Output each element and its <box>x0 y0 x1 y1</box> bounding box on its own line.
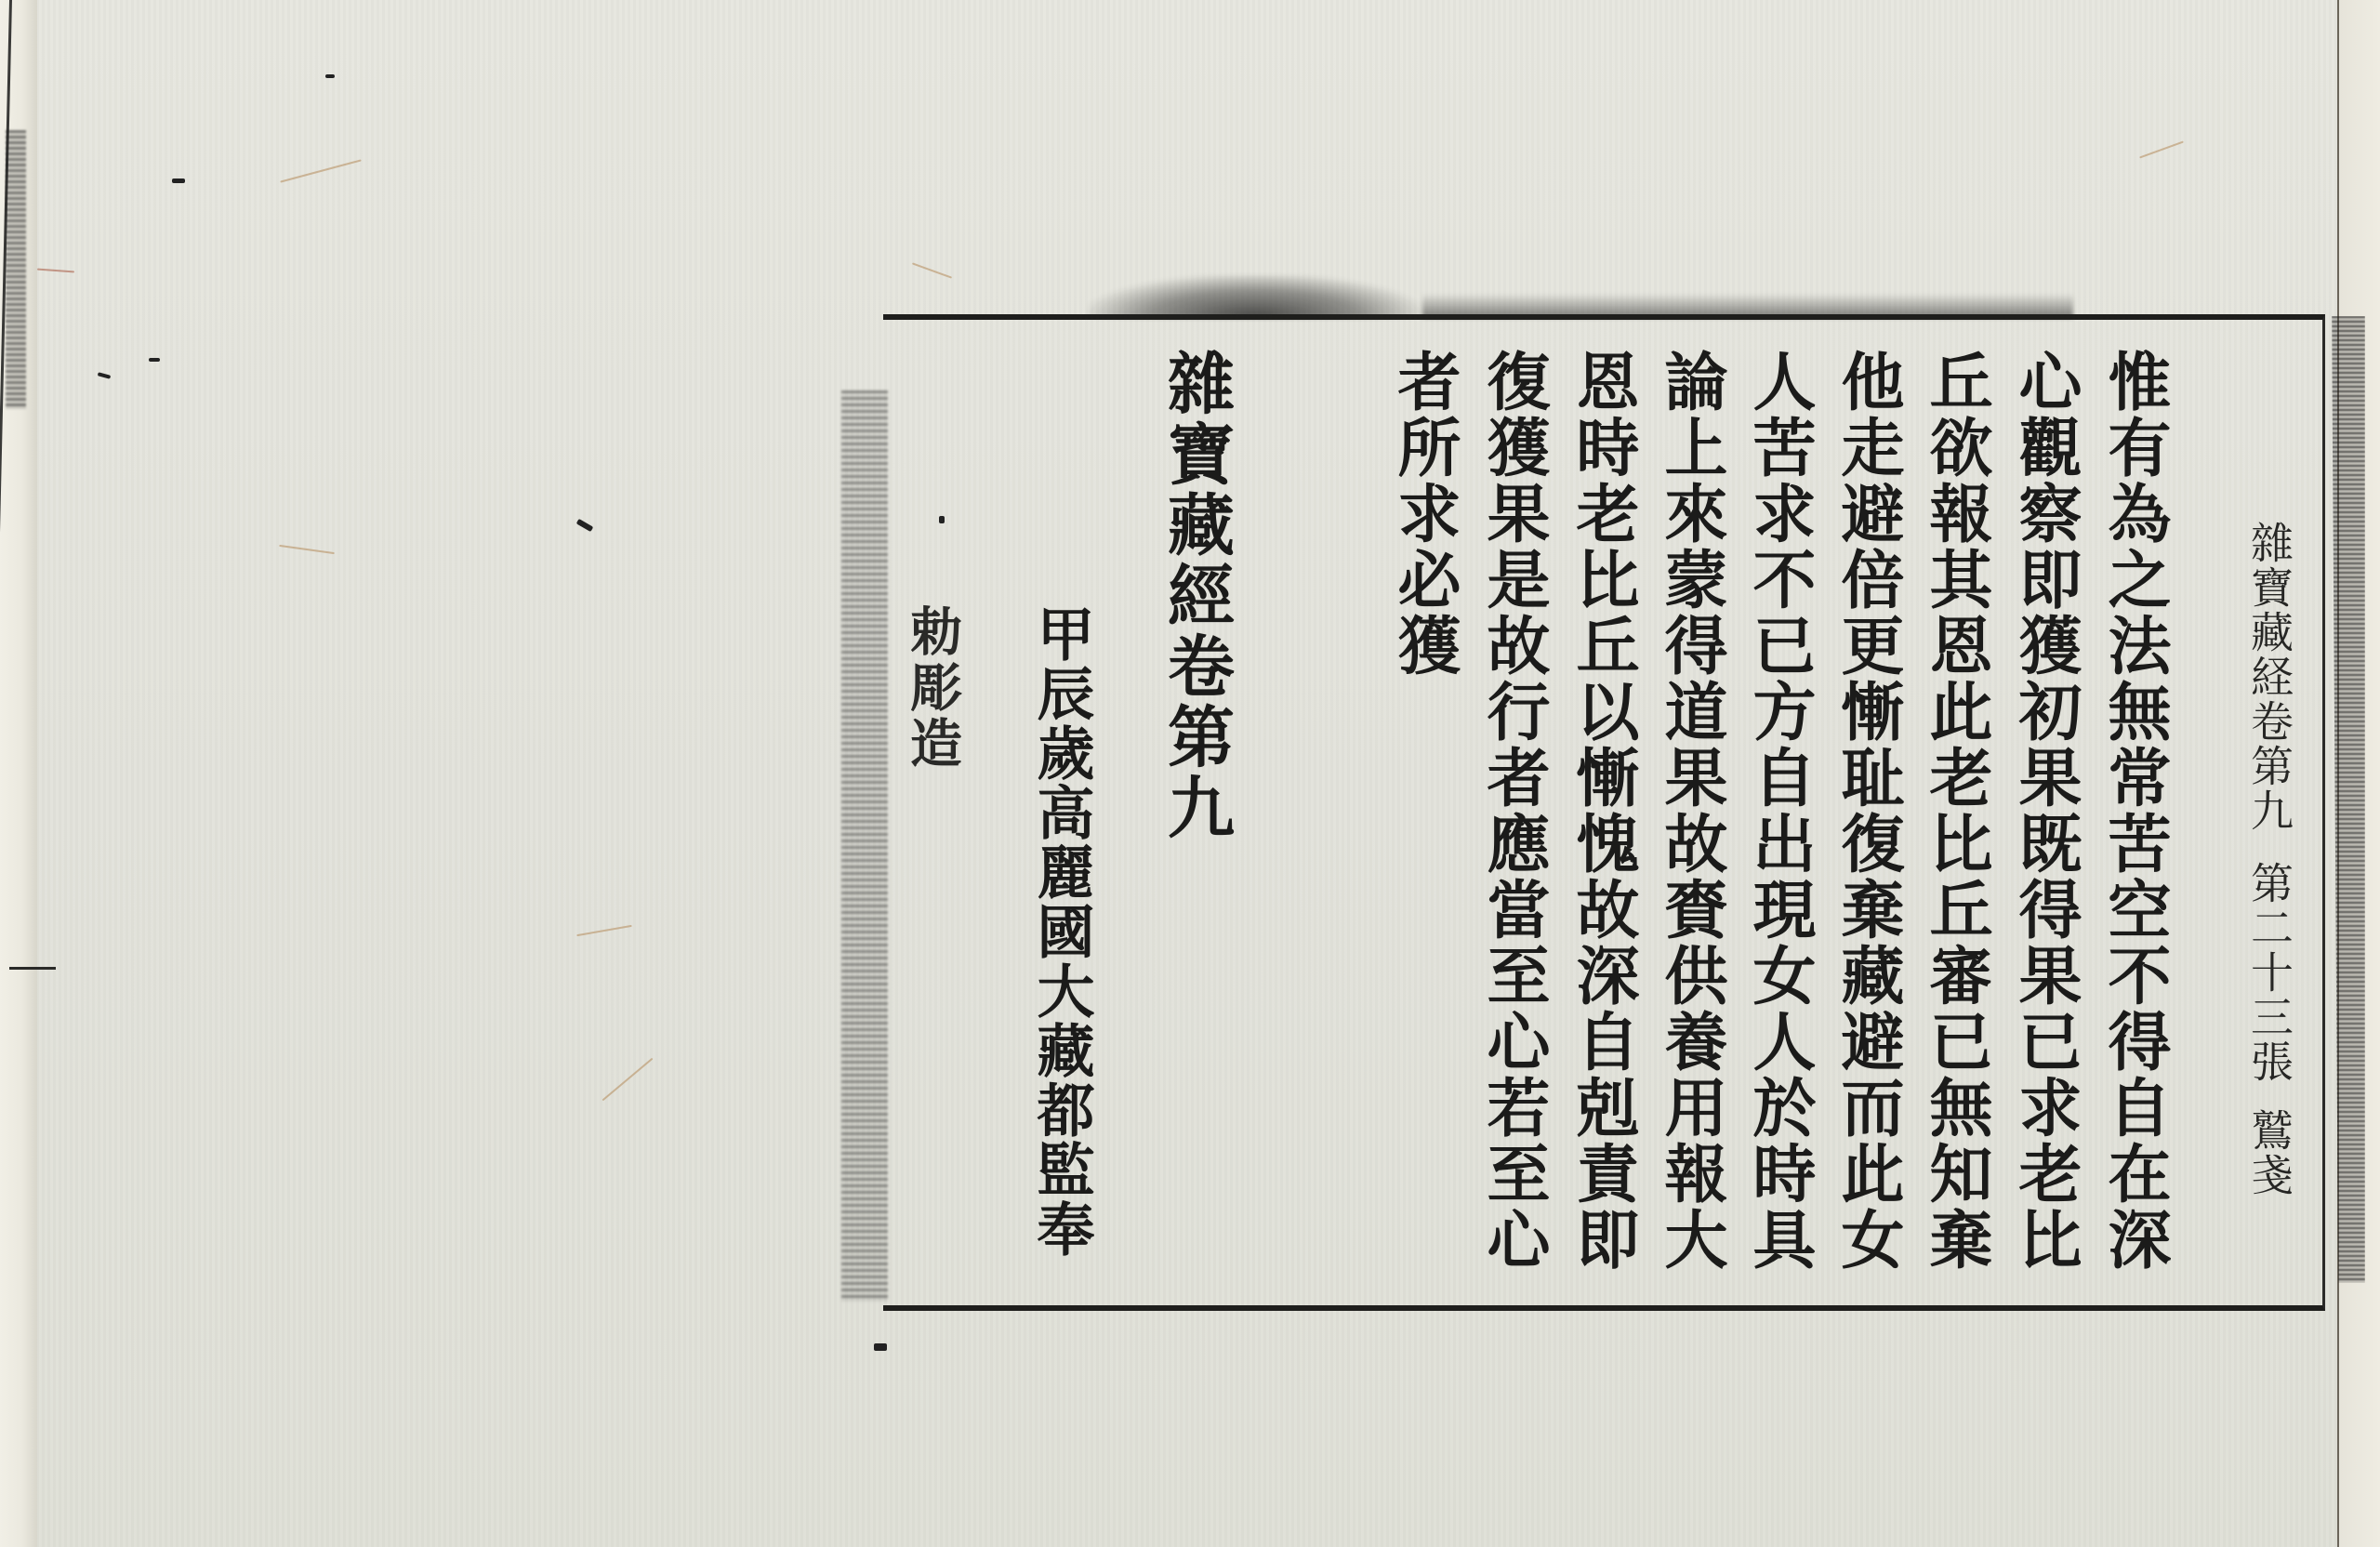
colophon-line-2: 勅彫造 <box>906 604 959 772</box>
scanned-page: 雜寶藏経卷第九第二十三張鷲戔 惟有為之法無常苦空不得自在深 心觀察即獲初果既得果… <box>0 0 2380 1547</box>
margin-header: 雜寶藏経卷第九第二十三張鷲戔 <box>2248 521 2291 1197</box>
frame-top-ink-smudge <box>1088 275 1422 318</box>
body-column-2: 心觀察即獲初果既得果已求老比 <box>2014 349 2077 1273</box>
paper-speck <box>325 74 335 78</box>
paper-fiber <box>37 269 74 273</box>
paper-fiber <box>280 159 361 182</box>
paper-speck <box>939 516 945 523</box>
paper-speck <box>149 358 160 362</box>
body-column-9: 者所求必獲 <box>1393 349 1456 679</box>
body-column-4: 他走避倍更慚耻復棄藏避而此女 <box>1836 349 1899 1273</box>
paper-fiber <box>2139 141 2184 159</box>
closing-title: 雜寶藏經卷第九 <box>1162 349 1229 843</box>
ink-smudge-left <box>6 130 26 409</box>
body-column-8: 復獲果是故行者應當至心若至心 <box>1482 349 1545 1273</box>
paper-fiber <box>279 545 335 554</box>
paper-fiber <box>576 925 631 936</box>
margin-header-sheet: 第二十三張 <box>2244 861 2294 1084</box>
frame-left-ink-smudge <box>841 390 888 1302</box>
paper-fiber <box>602 1058 654 1102</box>
body-column-5: 人苦求不已方自出現女人於時具 <box>1748 349 1811 1273</box>
margin-header-title: 雜寶藏経卷第九 <box>2244 521 2294 833</box>
margin-header-carver: 鷲戔 <box>2244 1108 2294 1197</box>
paper-fiber <box>912 262 952 278</box>
paper-speck <box>172 178 185 183</box>
body-column-6: 論上來蒙得道果故賚供養用報大 <box>1659 349 1723 1273</box>
paper-speck <box>874 1343 887 1351</box>
body-column-1: 惟有為之法無常苦空不得自在深 <box>2103 349 2166 1273</box>
colophon-line-1: 甲辰歲高麗國大藏都監奉 <box>1032 604 1090 1259</box>
body-column-7: 恩時老比丘以慚愧故深自剋責即 <box>1571 349 1634 1273</box>
paper-speck <box>98 372 112 378</box>
body-column-3: 丘欲報其恩此老比丘審已無知棄 <box>1924 349 1988 1273</box>
ink-mark-left <box>9 967 56 988</box>
paper-speck <box>576 519 594 532</box>
